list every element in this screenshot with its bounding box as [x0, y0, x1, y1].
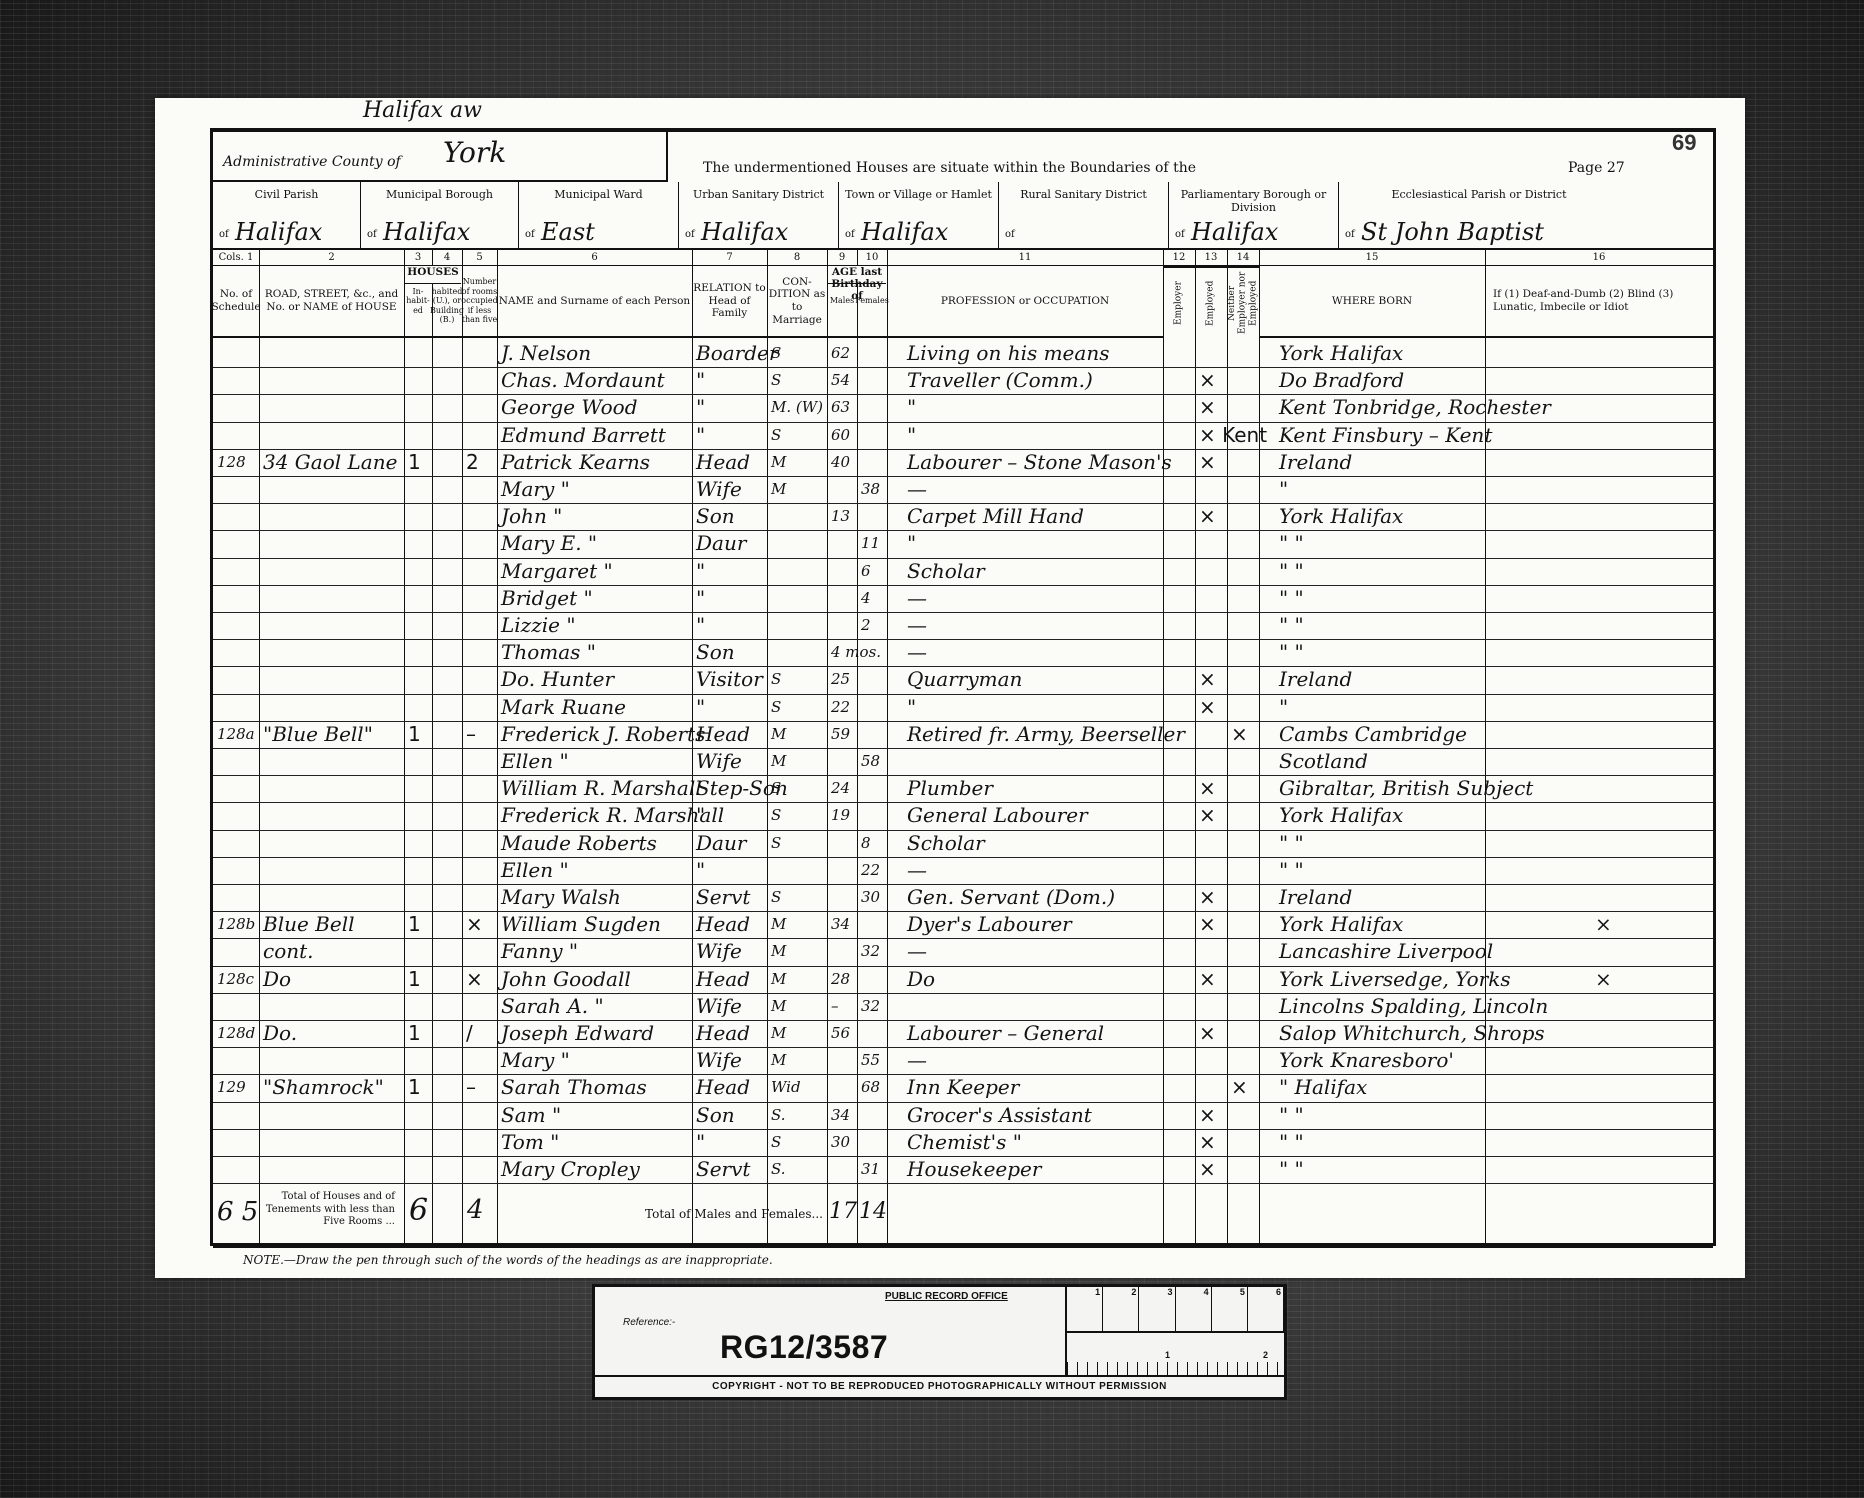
table-row: Tom ""S30Chemist's "×" ": [213, 1129, 1713, 1156]
cell-name: Frederick R. Marshall: [501, 802, 724, 828]
public-record-office-label: PUBLIC RECORD OFFICE Reference:- RG12/35…: [592, 1284, 1287, 1400]
table-row: Thomas "Son4 mos.—" ": [213, 639, 1713, 666]
table-row: Bridget ""4—" ": [213, 585, 1713, 612]
cell-condition: S: [771, 367, 781, 393]
cell-age-m: 13: [831, 503, 850, 529]
cell-age-f: 22: [861, 857, 880, 883]
district-label: Rural Sanitary District: [999, 188, 1168, 201]
cell-relation: Servt: [696, 1156, 750, 1182]
cell-relation: ": [696, 1129, 705, 1155]
cell-rooms: 2: [466, 449, 479, 475]
cell-name: J. Nelson: [501, 340, 591, 366]
cell-name: William R. Marshall: [501, 775, 702, 801]
column-number: 10: [857, 252, 887, 263]
cell-occupation: —: [907, 476, 927, 502]
district-label: Civil Parish: [213, 188, 360, 201]
cell-relation: ": [696, 558, 705, 584]
cell-occupation: ": [907, 530, 916, 556]
boundaries-text: The undermentioned Houses are situate wi…: [703, 160, 1196, 176]
district-of: of: [845, 229, 855, 240]
cell-occupation: Scholar: [907, 830, 985, 856]
cell-rooms: /: [466, 1020, 473, 1046]
cell-born: Kent Finsbury – Kent: [1279, 422, 1492, 448]
copyright-notice: COPYRIGHT - NOT TO BE REPRODUCED PHOTOGR…: [595, 1375, 1284, 1397]
total-rooms: 4: [467, 1195, 484, 1225]
table-row: Mary "WifeM55—York Knaresboro': [213, 1047, 1713, 1074]
cm-mark: 5: [1212, 1287, 1248, 1331]
total-males-females-label: Total of Males and Females...: [553, 1207, 823, 1221]
cell-relation: Boarder: [696, 340, 778, 366]
cell-occupation: Inn Keeper: [907, 1074, 1019, 1100]
table-row: cont.Fanny "WifeM32—Lancashire Liverpool: [213, 938, 1713, 965]
cell-relation: Head: [696, 1020, 750, 1046]
table-row: Lizzie ""2—" ": [213, 612, 1713, 639]
column-number: 9: [827, 252, 857, 263]
cell-born: Do Bradford: [1279, 367, 1404, 393]
cell-relation: Wife: [696, 938, 742, 964]
table-row: George Wood"M. (W)63"×Kent Tonbridge, Ro…: [213, 394, 1713, 421]
table-row: Mary E. "Daur11"" ": [213, 530, 1713, 557]
administrative-county: Administrative County of York Halifax aw: [213, 132, 668, 182]
cell-condition: S.: [771, 1156, 786, 1182]
district-of: of: [1345, 229, 1355, 240]
table-row: Mary WalshServtS30Gen. Servant (Dom.)×Ir…: [213, 884, 1713, 911]
cell-name: Thomas ": [501, 639, 596, 665]
district-0: Civil ParishofHalifax: [213, 182, 361, 248]
cell-inhabited: 1: [408, 966, 421, 992]
cell-infirmity: ×: [1595, 966, 1612, 992]
cell-born: " ": [1279, 530, 1304, 556]
district-of: of: [219, 229, 229, 240]
cell-born: " ": [1279, 558, 1304, 584]
cell-occupation: Labourer – Stone Mason's: [907, 449, 1172, 475]
cell-occupation: ": [907, 422, 916, 448]
cell-born: Cambs Cambridge: [1279, 721, 1467, 747]
page-number: Page 27: [1568, 160, 1625, 176]
admin-county-label: Administrative County of: [223, 154, 401, 170]
cell-condition: M: [771, 476, 786, 502]
cell-name: Do. Hunter: [501, 666, 614, 692]
cell-born: Gibraltar, British Subject: [1279, 775, 1533, 801]
cell-name: Tom ": [501, 1129, 559, 1155]
table-row: Maude RobertsDaurS8Scholar" ": [213, 830, 1713, 857]
cell-inhabited: 1: [408, 449, 421, 475]
cell-condition: S: [771, 802, 781, 828]
total-houses-label: Total of Houses and of Tenements with le…: [265, 1191, 395, 1229]
district-of: of: [1175, 229, 1185, 240]
cell-relation: Son: [696, 503, 735, 529]
table-row: Edmund Barrett"S60"× KentKent Finsbury –…: [213, 422, 1713, 449]
cm-mark: 4: [1176, 1287, 1212, 1331]
cell-relation: Daur: [696, 530, 746, 556]
table-row: Ellen ""22—" ": [213, 857, 1713, 884]
cell-age-m: –: [831, 993, 839, 1019]
district-of: of: [367, 229, 377, 240]
cell-condition: M: [771, 966, 786, 992]
admin-county-annotation: Halifax aw: [363, 98, 482, 123]
cell-name: Mary E. ": [501, 530, 597, 556]
total-inhabited: 6: [409, 1193, 428, 1228]
cell-relation: Head: [696, 1074, 750, 1100]
houses-group-header: HOUSES: [405, 266, 461, 284]
table-row: John "Son13Carpet Mill Hand×York Halifax: [213, 503, 1713, 530]
cell-occupation: ": [907, 394, 916, 420]
table-row: J. NelsonBoarderS62Living on his meansYo…: [213, 340, 1713, 367]
cell-born: Kent Tonbridge, Rochester: [1279, 394, 1551, 420]
cell-name: Ellen ": [501, 748, 569, 774]
cell-age-m: 62: [831, 340, 850, 366]
cell-schedule: 128c: [217, 966, 254, 992]
cell-name: John ": [501, 503, 562, 529]
cm-mark: 2: [1103, 1287, 1139, 1331]
cell-employed: ×: [1199, 1129, 1216, 1155]
cell-condition: Wid: [771, 1074, 801, 1100]
cell-relation: Wife: [696, 993, 742, 1019]
column-number: 4: [432, 252, 462, 263]
cell-name: Joseph Edward: [501, 1020, 654, 1046]
district-1: Municipal BoroughofHalifax: [361, 182, 519, 248]
district-value: East: [541, 218, 595, 246]
cell-employed: ×: [1199, 966, 1216, 992]
cell-name: Margaret ": [501, 558, 613, 584]
cell-relation: ": [696, 857, 705, 883]
cell-relation: Daur: [696, 830, 746, 856]
record-office-title: PUBLIC RECORD OFFICE: [885, 1291, 1008, 1302]
cell-age-m: 60: [831, 422, 850, 448]
cell-age-m: 4 mos.: [831, 639, 881, 665]
table-row: 129"Shamrock"1–Sarah ThomasHeadWid68Inn …: [213, 1074, 1713, 1101]
cell-name: Ellen ": [501, 857, 569, 883]
cell-occupation: Gen. Servant (Dom.): [907, 884, 1115, 910]
footer-note: NOTE.—Draw the pen through such of the w…: [243, 1253, 773, 1267]
cell-occupation: Living on his means: [907, 340, 1109, 366]
cell-occupation: Housekeeper: [907, 1156, 1041, 1182]
cell-born: York Halifax: [1279, 802, 1403, 828]
cell-occupation: Grocer's Assistant: [907, 1102, 1092, 1128]
cell-employed: ×: [1199, 911, 1216, 937]
cell-name: Fanny ": [501, 938, 578, 964]
cell-condition: S: [771, 830, 781, 856]
column-number: 2: [259, 252, 404, 263]
cell-age-f: 38: [861, 476, 880, 502]
cell-employed: ×: [1199, 694, 1216, 720]
cell-name: John Goodall: [501, 966, 631, 992]
reference-number: RG12/3587: [720, 1329, 888, 1366]
measurement-scale: 123456 1 2: [1065, 1287, 1284, 1376]
cell-name: Patrick Kearns: [501, 449, 650, 475]
cell-age-m: 19: [831, 802, 850, 828]
column-header: NAME and Surname of each Person: [497, 266, 692, 338]
cell-name: George Wood: [501, 394, 638, 420]
cell-occupation: Plumber: [907, 775, 993, 801]
cell-inhabited: 1: [408, 1074, 421, 1100]
cell-born: York Liversedge, Yorks: [1279, 966, 1511, 992]
cell-relation: Visitor: [696, 666, 763, 692]
age-group-header: AGE last Birthday of: [828, 266, 886, 284]
cell-relation: Wife: [696, 748, 742, 774]
district-of: of: [1005, 229, 1015, 240]
cm-mark: 1: [1067, 1287, 1103, 1331]
cell-condition: S: [771, 694, 781, 720]
cell-born: York Knaresboro': [1279, 1047, 1454, 1073]
district-6: Parliamentary Borough or DivisionofHalif…: [1169, 182, 1339, 248]
cell-born: ": [1279, 476, 1288, 502]
table-row: 128a"Blue Bell"1–Frederick J. RobertsHea…: [213, 721, 1713, 748]
cm-mark: 6: [1248, 1287, 1284, 1331]
column-number: 6: [497, 252, 692, 263]
cell-age-f: 6: [861, 558, 871, 584]
cell-condition: S: [771, 884, 781, 910]
district-value: St John Baptist: [1361, 218, 1544, 246]
district-label: Municipal Ward: [519, 188, 678, 201]
cell-name: Sam ": [501, 1102, 561, 1128]
table-row: Mary CropleyServtS.31Housekeeper×" ": [213, 1156, 1713, 1183]
cell-address: Do: [263, 966, 291, 992]
cell-rooms: –: [466, 721, 476, 747]
cell-born: " ": [1279, 1156, 1304, 1182]
cell-name: Frederick J. Roberts: [501, 721, 705, 747]
district-5: Rural Sanitary Districtof: [999, 182, 1169, 248]
cell-relation: ": [696, 394, 705, 420]
cell-born: Ireland: [1279, 666, 1352, 692]
cell-relation: Servt: [696, 884, 750, 910]
cell-occupation: —: [907, 938, 927, 964]
sheet-header: Administrative County of York Halifax aw…: [213, 132, 1713, 182]
table-row: 128dDo.1/Joseph EdwardHeadM56Labourer – …: [213, 1020, 1713, 1047]
cell-age-m: 40: [831, 449, 850, 475]
cell-relation: Head: [696, 721, 750, 747]
cell-age-m: 34: [831, 911, 850, 937]
cell-schedule: 128b: [217, 911, 255, 937]
table-bottom-rule: [213, 1245, 1713, 1248]
cell-relation: Head: [696, 966, 750, 992]
cell-age-f: 32: [861, 938, 880, 964]
cell-relation: ": [696, 585, 705, 611]
column-number: 8: [767, 252, 827, 263]
cell-employed: ×: [1199, 1156, 1216, 1182]
table-row: Sarah A. "WifeM–32Lincolns Spalding, Lin…: [213, 993, 1713, 1020]
cell-occupation: Scholar: [907, 558, 985, 584]
cell-born: " Halifax: [1279, 1074, 1367, 1100]
cell-relation: Head: [696, 911, 750, 937]
cell-age-f: 31: [861, 1156, 880, 1182]
cell-age-f: 32: [861, 993, 880, 1019]
cell-occupation: ": [907, 694, 916, 720]
cell-name: Mary Walsh: [501, 884, 621, 910]
cell-born: Lancashire Liverpool: [1279, 938, 1493, 964]
district-value: Halifax: [383, 218, 470, 246]
cell-schedule: 129: [217, 1074, 246, 1100]
district-label: Urban Sanitary District: [679, 188, 838, 201]
admin-county-value: York: [443, 136, 506, 169]
table-row: Mary "WifeM38—": [213, 476, 1713, 503]
cell-age-f: 55: [861, 1047, 880, 1073]
cell-occupation: Carpet Mill Hand: [907, 503, 1084, 529]
cell-name: Mary ": [501, 1047, 570, 1073]
column-header: No. of Schedule: [213, 266, 259, 338]
cell-age-m: 56: [831, 1020, 850, 1046]
cell-age-f: 58: [861, 748, 880, 774]
total-females: 14: [859, 1199, 887, 1224]
cell-occupation: —: [907, 857, 927, 883]
district-value: Halifax: [861, 218, 948, 246]
cell-relation: Son: [696, 639, 735, 665]
column-header: Neither Employer nor Employed: [1227, 266, 1259, 338]
cell-name: Lizzie ": [501, 612, 576, 638]
cell-neither: ×: [1231, 1074, 1248, 1100]
cell-condition: M: [771, 1047, 786, 1073]
cell-name: Mary ": [501, 476, 570, 502]
cell-address: 34 Gaol Lane: [263, 449, 397, 475]
cell-name: Edmund Barrett: [501, 422, 666, 448]
table-row: Mark Ruane"S22"×": [213, 694, 1713, 721]
cell-employed: ×: [1199, 666, 1216, 692]
district-7: Ecclesiastical Parish or DistrictofSt Jo…: [1339, 182, 1619, 248]
table-row: Margaret ""6Scholar" ": [213, 558, 1713, 585]
column-header: WHERE BORN: [1259, 266, 1485, 338]
cell-occupation: —: [907, 1047, 927, 1073]
column-header: Employer: [1163, 266, 1195, 338]
cell-address: "Blue Bell": [263, 721, 373, 747]
cell-name: Maude Roberts: [501, 830, 657, 856]
table-row: William R. MarshallStep-SonS24Plumber×Gi…: [213, 775, 1713, 802]
cell-condition: M. (W): [771, 394, 823, 420]
cell-born: Ireland: [1279, 884, 1352, 910]
cell-occupation: Traveller (Comm.): [907, 367, 1093, 393]
table-row: 12834 Gaol Lane12Patrick KearnsHeadM40La…: [213, 449, 1713, 476]
cell-condition: S: [771, 340, 781, 366]
cell-condition: S: [771, 666, 781, 692]
cell-employed: ×: [1199, 394, 1216, 420]
cell-age-f: 30: [861, 884, 880, 910]
cell-occupation: Do: [907, 966, 935, 992]
cell-age-f: 8: [861, 830, 871, 856]
cell-employed: ×: [1199, 884, 1216, 910]
cell-born: York Halifax: [1279, 503, 1403, 529]
column-header: PROFESSION or OCCUPATION: [887, 266, 1163, 338]
cell-age-m: 34: [831, 1102, 850, 1128]
district-value: Halifax: [235, 218, 322, 246]
cell-born: " ": [1279, 830, 1304, 856]
column-number: 14: [1227, 252, 1259, 263]
cell-relation: ": [696, 694, 705, 720]
cell-born: " ": [1279, 612, 1304, 638]
cell-condition: M: [771, 1020, 786, 1046]
cell-name: Mark Ruane: [501, 694, 626, 720]
cell-born: York Halifax: [1279, 911, 1403, 937]
cell-relation: ": [696, 802, 705, 828]
cell-employed: ×: [1199, 503, 1216, 529]
cell-occupation: —: [907, 639, 927, 665]
cell-employed: ×: [1199, 1102, 1216, 1128]
cell-age-m: 25: [831, 666, 850, 692]
district-label: Town or Village or Hamlet: [839, 188, 998, 201]
cell-rooms: ×: [466, 966, 483, 992]
cell-condition: S: [771, 1129, 781, 1155]
column-number: 7: [692, 252, 767, 263]
district-2: Municipal WardofEast: [519, 182, 679, 248]
district-value: Halifax: [1191, 218, 1278, 246]
column-number: 5: [462, 252, 497, 263]
cell-occupation: —: [907, 612, 927, 638]
inch-mark-1: 1: [1165, 1350, 1170, 1360]
cell-age-f: 4: [861, 585, 871, 611]
cell-relation: ": [696, 422, 705, 448]
cell-schedule: 128a: [217, 721, 255, 747]
cell-occupation: Labourer – General: [907, 1020, 1104, 1046]
cell-employed: ×: [1199, 802, 1216, 828]
cell-born: " ": [1279, 639, 1304, 665]
district-label: Parliamentary Borough or Division: [1169, 188, 1338, 214]
cell-occupation: Quarryman: [907, 666, 1022, 692]
table-row: Chas. Mordaunt"S54Traveller (Comm.)×Do B…: [213, 367, 1713, 394]
cell-age-f: 68: [861, 1074, 880, 1100]
cell-name: Sarah A. ": [501, 993, 604, 1019]
cell-occupation: Dyer's Labourer: [907, 911, 1072, 937]
cell-age-m: 63: [831, 394, 850, 420]
inch-mark-2: 2: [1263, 1350, 1268, 1360]
cell-age-f: 2: [861, 612, 871, 638]
cell-name: Mary Cropley: [501, 1156, 640, 1182]
cell-relation: Son: [696, 1102, 735, 1128]
column-number: Cols. 1: [213, 252, 259, 263]
cell-age-m: 59: [831, 721, 850, 747]
cell-employed: ×: [1199, 775, 1216, 801]
district-4: Town or Village or HamletofHalifax: [839, 182, 999, 248]
cell-name: Bridget ": [501, 585, 593, 611]
cell-relation: ": [696, 612, 705, 638]
row-rule: [213, 1183, 1713, 1184]
cell-inhabited: 1: [408, 721, 421, 747]
table-row: Do. HunterVisitorS25Quarryman×Ireland: [213, 666, 1713, 693]
cell-employed: ×: [1199, 1020, 1216, 1046]
reference-label: Reference:-: [623, 1317, 675, 1328]
cell-condition: S: [771, 775, 781, 801]
cell-age-m: 24: [831, 775, 850, 801]
column-header: Employed: [1195, 266, 1227, 338]
cell-age-m: 28: [831, 966, 850, 992]
cell-condition: M: [771, 993, 786, 1019]
column-number: 3: [404, 252, 432, 263]
cell-condition: S.: [771, 1102, 786, 1128]
column-number: 13: [1195, 252, 1227, 263]
table-row: 128cDo1×John GoodallHeadM28Do×York Liver…: [213, 966, 1713, 993]
column-header: If (1) Deaf-and-Dumb (2) Blind (3) Lunat…: [1485, 266, 1713, 338]
cell-schedule: 128: [217, 449, 246, 475]
column-header: ROAD, STREET, &c., and No. or NAME of HO…: [259, 266, 404, 338]
cell-relation: ": [696, 367, 705, 393]
cell-age-m: 22: [831, 694, 850, 720]
cell-condition: M: [771, 748, 786, 774]
district-row: Civil ParishofHalifaxMunicipal Boroughof…: [213, 182, 1713, 250]
cell-condition: S: [771, 422, 781, 448]
cell-condition: M: [771, 721, 786, 747]
district-of: of: [525, 229, 535, 240]
cell-employed: ×: [1199, 367, 1216, 393]
cell-born: " ": [1279, 1129, 1304, 1155]
cell-address: cont.: [263, 938, 314, 964]
table-row: 128bBlue Bell1×William SugdenHeadM34Dyer…: [213, 911, 1713, 938]
cm-mark: 3: [1139, 1287, 1175, 1331]
district-of: of: [685, 229, 695, 240]
district-value: Halifax: [701, 218, 788, 246]
column-header: RELATION to Head of Family: [692, 266, 767, 338]
cell-address: Blue Bell: [263, 911, 355, 937]
cell-inhabited: 1: [408, 911, 421, 937]
cell-schedule: 128d: [217, 1020, 255, 1046]
total-schedules: 6 5: [217, 1197, 258, 1227]
cell-address: "Shamrock": [263, 1074, 384, 1100]
